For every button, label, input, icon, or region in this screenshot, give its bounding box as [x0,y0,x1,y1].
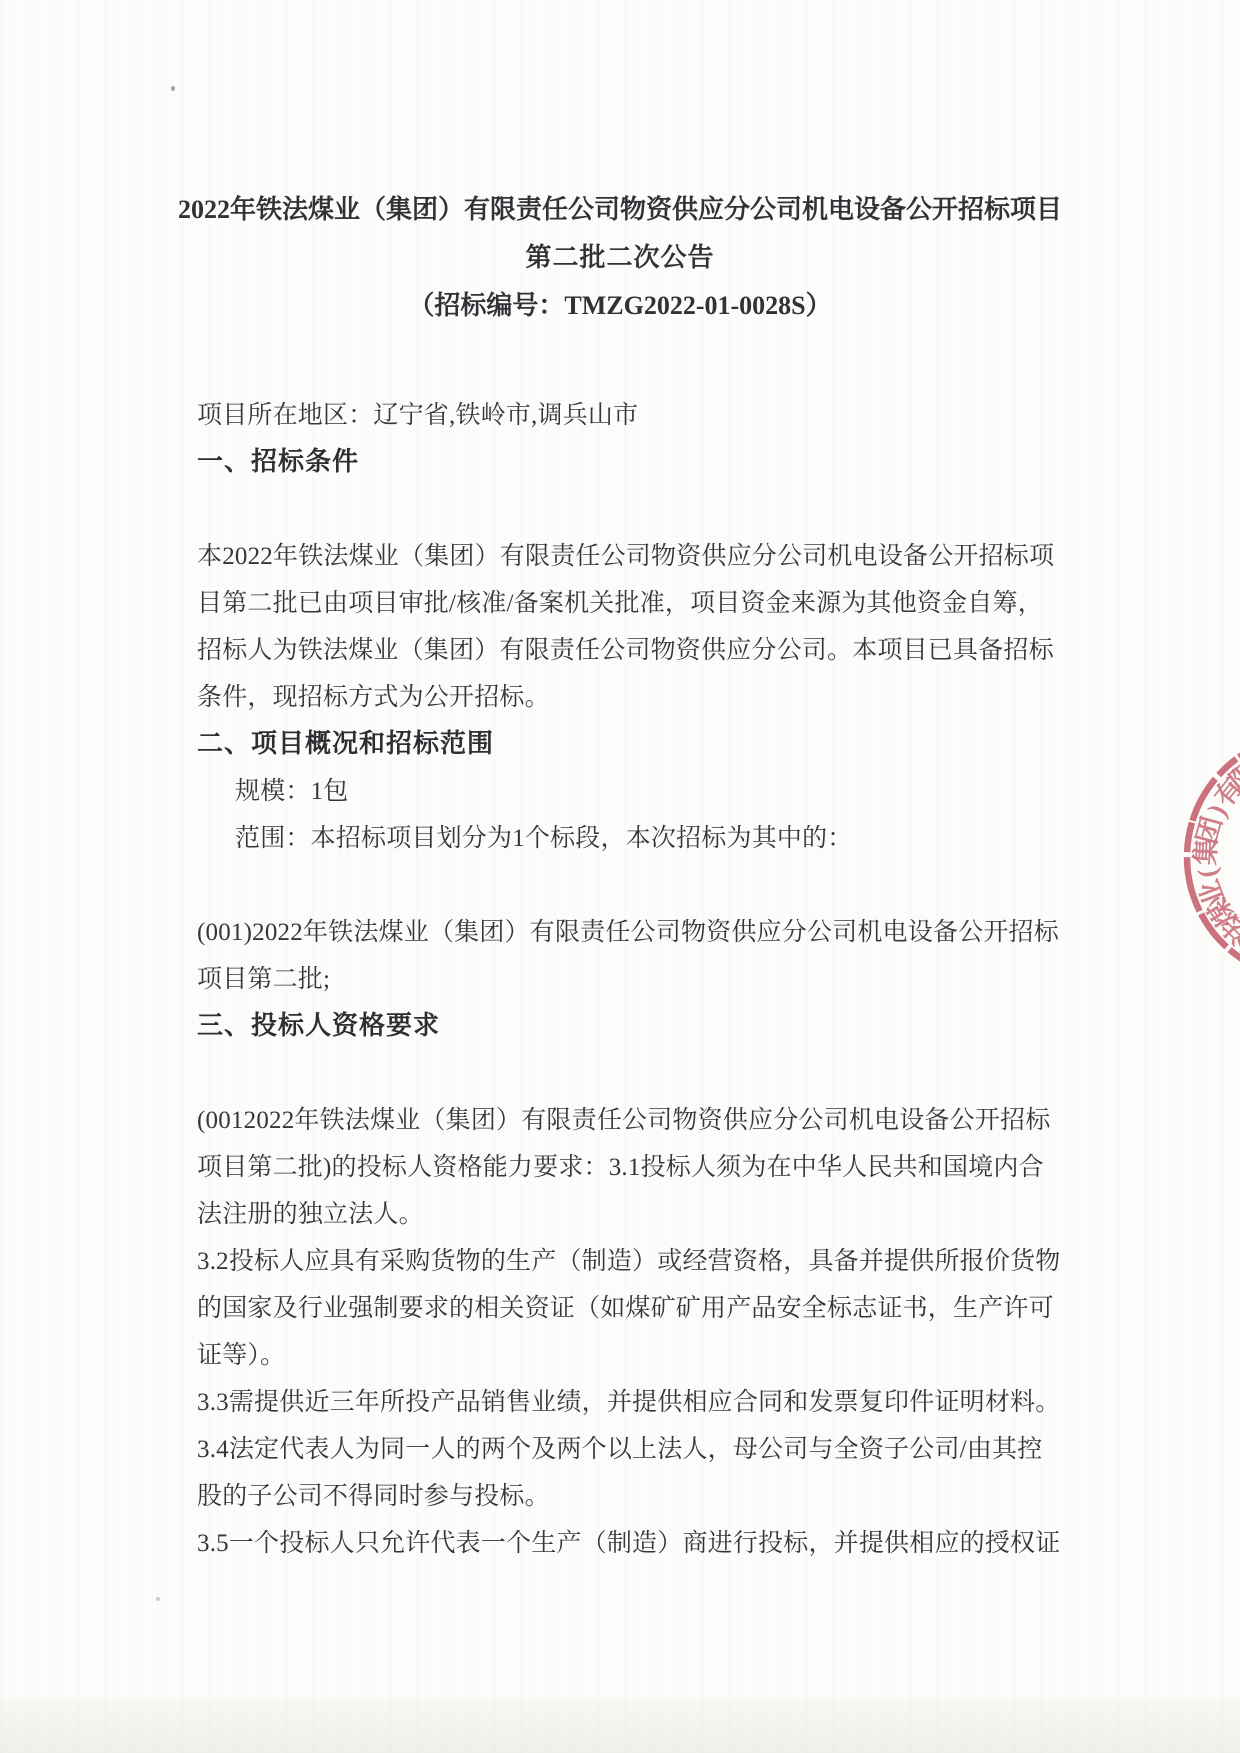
scan-edge-shadow [0,1699,1240,1753]
text-line: (001)2022年铁法煤业（集团）有限责任公司物资供应分公司机电设备公开招标 [197,906,1057,953]
text-line: (0012022年铁法煤业（集团）有限责任公司物资供应分公司机电设备公开招标 [197,1094,1057,1141]
text-line: 范围：本招标项目划分为1个标段，本次招标为其中的： [197,812,1057,859]
company-seal: 铁法煤业(集团)有限责任公司 [1100,690,1240,1040]
text-line: 证等）。 [197,1329,1057,1376]
text-line [197,483,1057,530]
document-body: 项目所在地区：辽宁省,铁岭市,调兵山市一、招标条件本2022年铁法煤业（集团）有… [197,389,1057,1564]
text-line: 规模：1包 [197,765,1057,812]
section-heading: 二、项目概况和招标范围 [197,718,1057,765]
text-line: 股的子公司不得同时参与投标。 [197,1470,1057,1517]
text-line: 项目所在地区：辽宁省,铁岭市,调兵山市 [197,389,1057,436]
text-line: 条件，现招标方式为公开招标。 [197,671,1057,718]
text-line [197,859,1057,906]
text-line: 本2022年铁法煤业（集团）有限责任公司物资供应分公司机电设备公开招标项 [197,530,1057,577]
document-title: 2022年铁法煤业（集团）有限责任公司物资供应分公司机电设备公开招标项目 [0,189,1240,226]
section-heading: 一、招标条件 [197,436,1057,483]
text-line: 3.3需提供近三年所投产品销售业绩，并提供相应合同和发票复印件证明材料。 [197,1376,1057,1423]
text-line: 的国家及行业强制要求的相关资证（如煤矿矿用产品安全标志证书，生产许可 [197,1282,1057,1329]
text-line: 目第二批已由项目审批/核准/备案机关批准，项目资金来源为其他资金自筹， [197,577,1057,624]
document-subtitle: 第二批二次公告 [0,237,1240,274]
text-line: 项目第二批)的投标人资格能力要求：3.1投标人须为在中华人民共和国境内合 [197,1141,1057,1188]
scan-speck [171,86,175,91]
text-line: 招标人为铁法煤业（集团）有限责任公司物资供应分公司。本项目已具备招标 [197,624,1057,671]
text-line: 3.5一个投标人只允许代表一个生产（制造）商进行投标，并提供相应的授权证 [197,1517,1057,1564]
scan-speck [156,1597,160,1601]
tender-number: （招标编号：TMZG2022-01-0028S） [0,285,1240,322]
section-heading: 三、投标人资格要求 [197,1000,1057,1047]
text-line [197,1047,1057,1094]
document-page: 2022年铁法煤业（集团）有限责任公司物资供应分公司机电设备公开招标项目 第二批… [0,0,1240,1753]
text-line: 法注册的独立法人。 [197,1188,1057,1235]
text-line: 3.2投标人应具有采购货物的生产（制造）或经营资格，具备并提供所报价货物 [197,1235,1057,1282]
text-line: 3.4法定代表人为同一人的两个及两个以上法人，母公司与全资子公司/由其控 [197,1423,1057,1470]
text-line: 项目第二批; [197,953,1057,1000]
